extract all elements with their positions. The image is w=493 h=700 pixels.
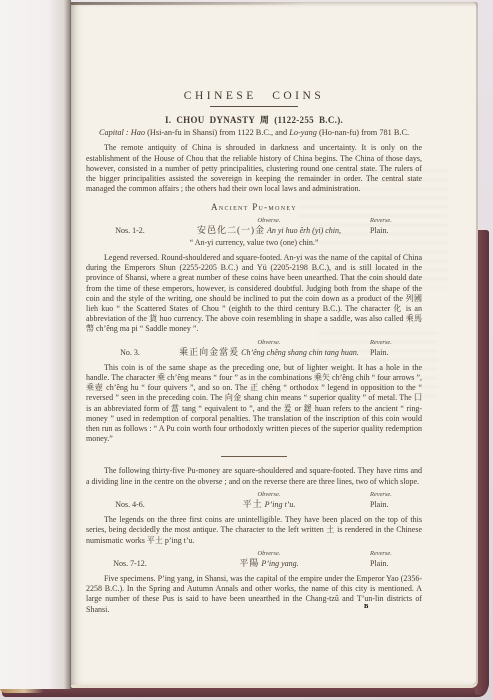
capital-loyang: Lo-yang	[289, 128, 317, 137]
entry-column-labels: Obverse. Reverse.	[86, 339, 422, 346]
coin-entry-4: Obverse. Reverse. Nos. 7-12. 平陽 P’ing ya…	[86, 550, 422, 569]
dynasty-heading: I. CHOU DYNASTY 周 (1122-255 B.C.).	[86, 115, 422, 125]
reverse-label: Reverse.	[364, 550, 428, 557]
coin-entry-3: Obverse. Reverse. Nos. 4-6. 平土 P’ing t’u…	[86, 491, 422, 510]
reverse-label: Reverse.	[364, 339, 428, 346]
entry-column-labels: Obverse. Reverse.	[86, 217, 422, 224]
entry-nos: Nos. 4-6.	[86, 500, 174, 510]
photo-background: CHINESE COINS I. CHOU DYNASTY 周 (1122-25…	[0, 0, 493, 700]
paragraph-no3: This coin is of the same shape as the pr…	[86, 363, 422, 445]
entry-obverse: 平陽 P’ing yang.	[174, 558, 364, 569]
entry-reverse-value: Plain.	[364, 500, 428, 510]
entry-reverse-value: Plain.	[364, 348, 428, 358]
entry-transliteration: P’ing yang.	[261, 559, 298, 568]
section-subheading: Ancient Pu-money	[86, 202, 422, 212]
entry-chinese: 乘正向金當爰	[179, 347, 239, 357]
entry-nos: Nos. 7-12.	[86, 559, 174, 569]
obverse-label: Obverse.	[174, 550, 364, 557]
reverse-label: Reverse.	[364, 217, 428, 224]
entry-obverse: 平土 P’ing t’u.	[174, 499, 364, 510]
entry-values: Nos. 7-12. 平陽 P’ing yang. Plain.	[86, 558, 422, 569]
capital-label: Capital :	[99, 128, 129, 137]
coin-entry-1: Obverse. Reverse. Nos. 1-2. 安邑化二(一)金 An …	[86, 217, 422, 248]
entry-nos: Nos. 1-2.	[86, 226, 174, 236]
obverse-label: Obverse.	[174, 491, 364, 498]
obverse-label: Obverse.	[174, 217, 364, 224]
entry-obverse: 乘正向金當爰 Ch’êng chêng shang chin tang huan…	[174, 347, 364, 358]
paragraph-anyi: Legend reversed. Round-shouldered and sq…	[86, 253, 422, 335]
entry-reverse-value: Plain.	[364, 559, 428, 569]
paragraph-legends: The legends on the three first coins are…	[86, 515, 422, 546]
reverse-label: Reverse.	[364, 491, 428, 498]
capital-tail: (Ho-nan-fu) from 781 B.C.	[317, 128, 409, 137]
entry-reverse-value: Plain.	[364, 226, 428, 236]
entry-column-labels: Obverse. Reverse.	[86, 491, 422, 498]
obverse-label: Obverse.	[174, 339, 364, 346]
page-content: CHINESE COINS I. CHOU DYNASTY 周 (1122-25…	[86, 2, 422, 615]
entry-values: Nos. 4-6. 平土 P’ing t’u. Plain.	[86, 499, 422, 510]
entry-caption: “ An-yi currency, value two (one) chin.”	[86, 238, 422, 248]
entry-chinese: 平土	[243, 499, 263, 509]
entry-values: Nos. 1-2. 安邑化二(一)金 An yi huo êrh (yi) ch…	[86, 225, 422, 236]
capital-line: Capital : Hao (Hsi-an-fu in Shansi) from…	[86, 128, 422, 138]
book-page: CHINESE COINS I. CHOU DYNASTY 周 (1122-25…	[71, 2, 478, 688]
paragraph-intro: The remote antiquity of China is shroude…	[86, 143, 422, 194]
section-divider-rule	[221, 456, 287, 457]
page-title: CHINESE COINS	[86, 90, 422, 102]
entry-values: No. 3. 乘正向金當爰 Ch’êng chêng shang chin ta…	[86, 347, 422, 358]
signature-mark: B	[364, 603, 368, 610]
coin-entry-2: Obverse. Reverse. No. 3. 乘正向金當爰 Ch’êng c…	[86, 339, 422, 358]
title-rule	[210, 106, 298, 107]
entry-column-labels: Obverse. Reverse.	[86, 550, 422, 557]
entry-obverse: 安邑化二(一)金 An yi huo êrh (yi) chin,	[174, 225, 364, 236]
paragraph-pingyang: Five specimens. P’ing yang, in Shansi, w…	[86, 574, 422, 615]
entry-transliteration: Ch’êng chêng shang chin tang huan.	[241, 348, 359, 357]
entry-nos: No. 3.	[86, 348, 174, 358]
entry-transliteration: P’ing t’u.	[265, 500, 296, 509]
capital-mid: (Hsi-an-fu in Shansi) from 1122 B.C., an…	[145, 128, 289, 137]
paragraph-thirtyfive: The following thirty-five Pu-money are s…	[86, 466, 422, 486]
entry-chinese: 安邑化二(一)金	[197, 225, 265, 235]
left-page	[0, 0, 71, 689]
capital-hao: Hao	[129, 128, 145, 137]
entry-transliteration: An yi huo êrh (yi) chin,	[267, 226, 341, 235]
entry-chinese: 平陽	[239, 558, 259, 568]
